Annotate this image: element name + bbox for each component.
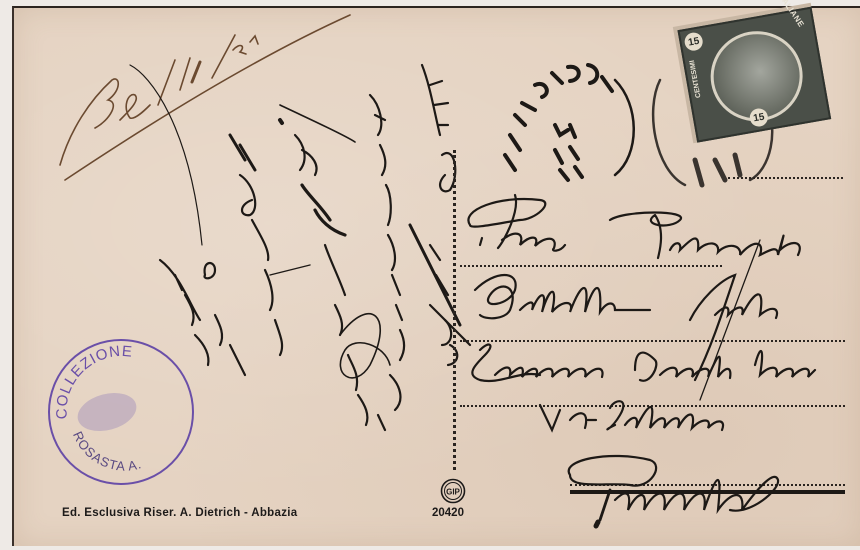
cgip-monogram-icon: GIP bbox=[440, 478, 466, 504]
address-line-1 bbox=[728, 177, 843, 179]
address-line-4 bbox=[460, 405, 845, 407]
address-line-6 bbox=[570, 490, 845, 494]
svg-text:GIP: GIP bbox=[446, 488, 460, 497]
address-line-2 bbox=[460, 265, 722, 267]
address-line-3 bbox=[460, 340, 845, 342]
collection-stamp-bottom-text: ROSASTA A. bbox=[70, 429, 144, 474]
stamp-country: POSTE ITALIANE bbox=[758, 0, 806, 29]
publisher-line: Ed. Esclusiva Riser. A. Dietrich - Abbaz… bbox=[62, 507, 297, 519]
stamp-value: 15 bbox=[683, 31, 704, 52]
divider-line bbox=[453, 150, 456, 470]
postage-stamp: 15 15 POSTE ITALIANE CENTESIMI bbox=[673, 3, 831, 144]
catalog-number: 20420 bbox=[432, 507, 464, 519]
svg-text:ROSASTA A.: ROSASTA A. bbox=[70, 429, 144, 474]
address-line-5 bbox=[570, 484, 845, 486]
stamp-denomination: CENTESIMI bbox=[689, 60, 703, 99]
collection-stamp: COLLEZIONE ROSASTA A. bbox=[45, 334, 195, 484]
